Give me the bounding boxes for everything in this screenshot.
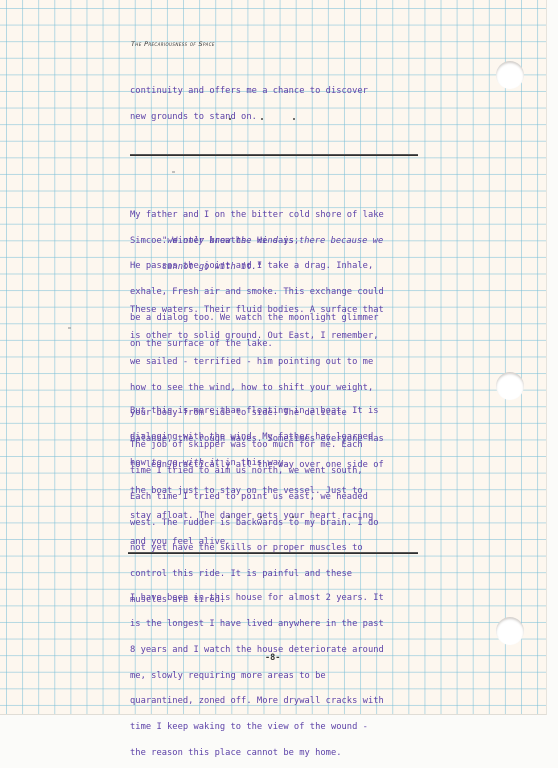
hole-punch — [496, 61, 524, 89]
text-line: is the longest I have lived anywhere in … — [130, 620, 430, 629]
text-line: Each time I tried to point us east, we h… — [130, 493, 430, 502]
text-line: The job of skipper was too much for me. … — [130, 441, 430, 450]
paragraph-house: I have been in this house for almost 2 y… — [130, 577, 430, 768]
text-line: we sailed - terrified - him pointing out… — [130, 358, 430, 367]
text-line: He passes the joint and I take a drag. I… — [130, 262, 430, 271]
dot — [229, 118, 231, 120]
text-line: time I tried to aim us north, we went so… — [130, 467, 430, 476]
section-divider — [130, 154, 418, 156]
dot — [293, 118, 295, 120]
graph-paper-page: The Precariousness of Space continuity a… — [0, 0, 547, 715]
text-line: the reason this place cannot be my home. — [130, 749, 430, 758]
text-line: quarantined, zoned off. More drywall cra… — [130, 697, 430, 706]
section-divider — [128, 552, 418, 554]
scan-mark — [172, 171, 175, 173]
text-line: continuity and offers me a chance to dis… — [130, 87, 430, 96]
dot — [228, 516, 230, 518]
text-line: But this is more than floating in a boat… — [130, 407, 430, 416]
dot — [261, 118, 263, 120]
dot — [292, 516, 294, 518]
text-line: new grounds to stand on. — [130, 113, 430, 122]
paragraph-continuation: continuity and offers me a chance to dis… — [130, 70, 430, 139]
text-line: is other to solid ground. Out East, I re… — [130, 332, 430, 341]
text-line: My father and I on the bitter cold shore… — [130, 211, 430, 220]
hole-punch — [496, 372, 524, 400]
running-head: The Precariousness of Space — [131, 40, 215, 48]
text-line: time I keep waking to the view of the wo… — [130, 723, 430, 732]
text-line: I have been in this house for almost 2 y… — [130, 594, 430, 603]
hole-punch — [496, 617, 524, 645]
text-line: These waters. Their fluid bodies. A surf… — [130, 306, 430, 315]
page-number: -8- — [265, 653, 280, 663]
scan-mark — [68, 327, 71, 329]
text-line: me, slowly requiring more areas to be — [130, 672, 430, 681]
text-line: west. The rudder is backwards to my brai… — [130, 519, 430, 528]
dot — [260, 516, 262, 518]
